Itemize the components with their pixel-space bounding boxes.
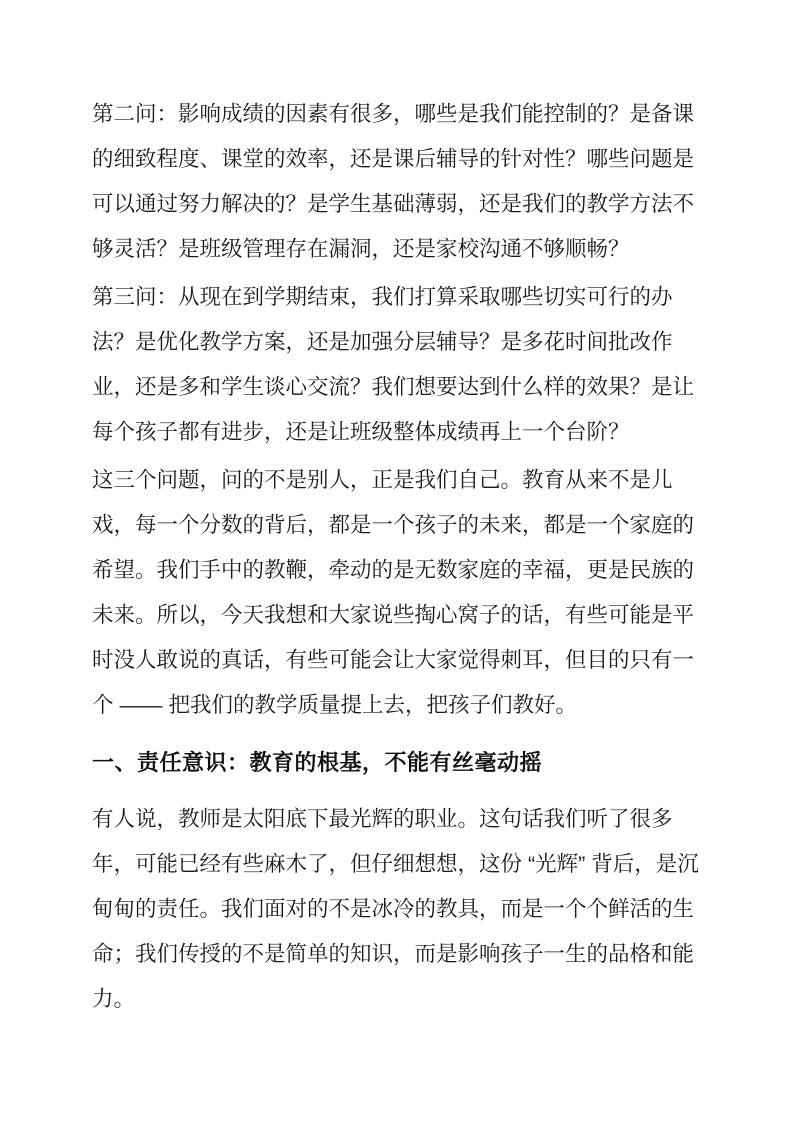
paragraph-question-2: 第二问：影响成绩的因素有很多，哪些是我们能控制的？是备课的细致程度、课堂的效率，… [92,92,704,272]
paragraph-glorious-profession: 有人说，教师是太阳底下最光辉的职业。这句话我们听了很多年，可能已经有些麻木了，但… [92,797,704,1022]
section-heading-responsibility: 一、责任意识：教育的根基，不能有丝毫动摇 [92,740,704,785]
document-page: 第二问：影响成绩的因素有很多，哪些是我们能控制的？是备课的细致程度、课堂的效率，… [0,0,793,1122]
paragraph-question-3: 第三问：从现在到学期结束，我们打算采取哪些切实可行的办法？是优化教学方案，还是加… [92,275,704,455]
paragraph-three-questions: 这三个问题，问的不是别人，正是我们自己。教育从来不是儿戏，每一个分数的背后，都是… [92,458,704,728]
